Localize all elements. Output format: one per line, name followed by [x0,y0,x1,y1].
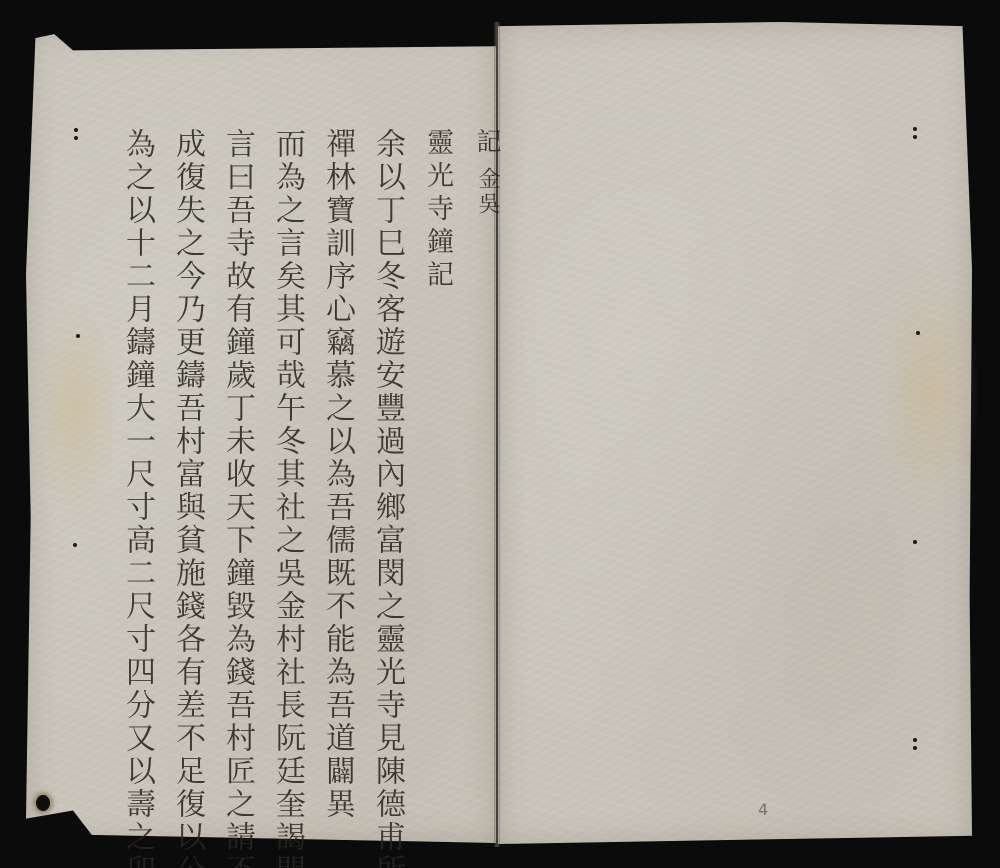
binding-hole [916,331,920,335]
text-column-6: 為之以十二月鑄鐘大一尺寸高二尺寸四分又以壽之卯其寺六 [112,128,162,818]
worm-hole [36,795,50,811]
text-column-4: 言曰吾寺故有鐘歲丁未收天下鐘毀為錢吾村匠之請不毀廣 [212,128,262,818]
page-number-mark: 4 [758,800,768,819]
binding-hole [913,127,917,131]
heading-label: 記 [473,128,502,156]
text-column-1: 余以丁巳冬客遊安豐過內鄉富閔之靈光寺見陳德甫所作 [362,128,412,818]
manuscript-scan: 記 金吳 靈光寺鐘記 余以丁巳冬客遊安豐過內鄉富閔之靈光寺見陳德甫所作 禪林寶訓… [0,0,1000,868]
binding-hole [73,543,77,547]
text-column-3: 而為之言矣其可哉午冬其社之吳金村社長阮廷奎謁門 [262,128,312,818]
essay-title: 靈光寺鐘記 [412,128,462,818]
text-column-5: 成復失之今乃更鑄吾村富與貧施錢各有差不足復以公田錢 [162,128,212,818]
text-column-2: 禪林寶訓序心竊慕之以為吾儒既不能為吾道闢異 [312,128,362,818]
water-stain [880,270,980,510]
heading-attribution: 金吳 [475,167,500,217]
binding-hole [913,746,917,750]
binding-hole [76,334,80,338]
binding-hole [913,135,917,139]
binding-hole [913,738,917,742]
heading-line: 記 金吳 [462,128,512,818]
manuscript-text: 記 金吳 靈光寺鐘記 余以丁巳冬客遊安豐過內鄉富閔之靈光寺見陳德甫所作 禪林寶訓… [92,128,512,818]
binding-hole [74,128,78,132]
binding-hole [913,540,917,544]
binding-hole [74,136,78,140]
